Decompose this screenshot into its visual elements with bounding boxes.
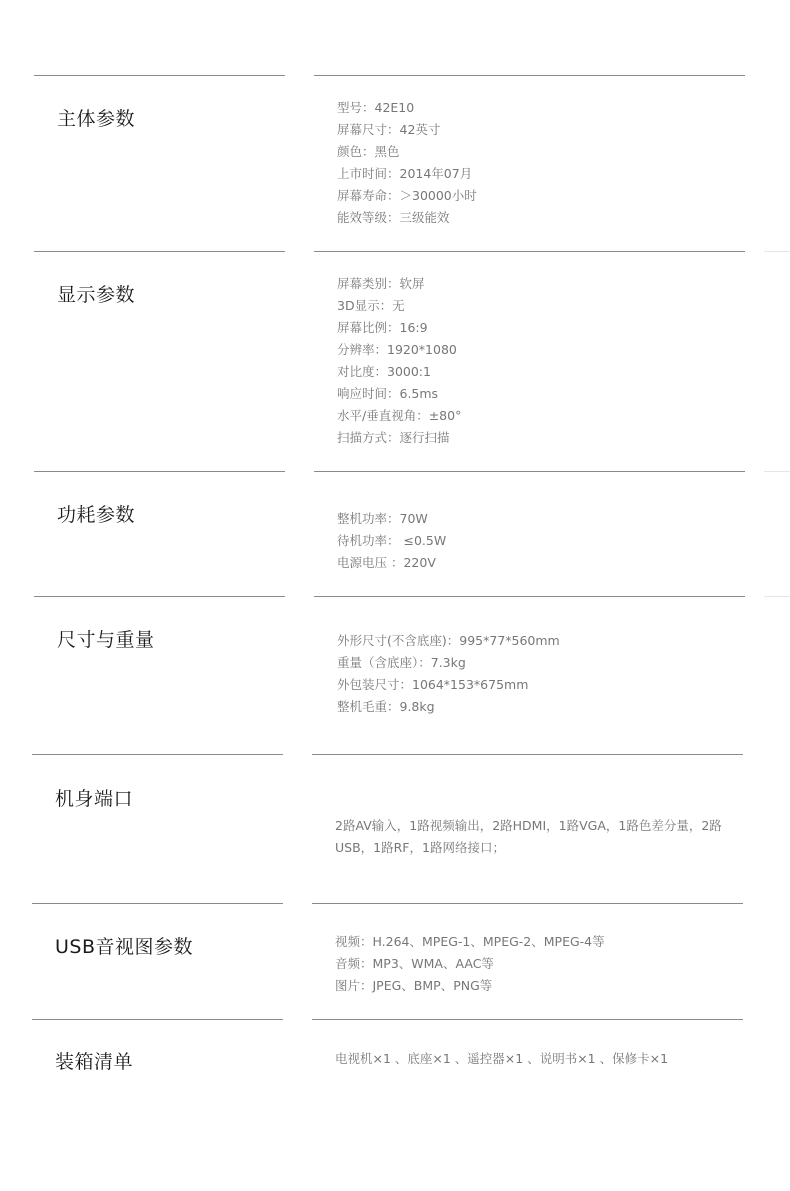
section-specs-size-weight: 外形尺寸(不含底座)：995*77*560mm 重量（含底座）：7.3kg 外包… xyxy=(337,630,560,718)
divider xyxy=(314,596,745,597)
section-title-main-params: 主体参数 xyxy=(57,104,135,131)
section-title-package-list: 装箱清单 xyxy=(55,1047,133,1074)
spec-line: 水平/垂直视角：±80° xyxy=(337,405,461,427)
spec-line: 整机毛重：9.8kg xyxy=(337,696,560,718)
section-specs-package-list: 电视机×1 、底座×1 、遥控器×1 、说明书×1 、保修卡×1 xyxy=(335,1048,668,1070)
spec-line: 重量（含底座）：7.3kg xyxy=(337,652,560,674)
divider xyxy=(34,251,285,252)
spec-line: 颜色：黑色 xyxy=(337,141,477,163)
spec-line: 屏幕尺寸：42英寸 xyxy=(337,119,477,141)
spec-line: 分辨率：1920*1080 xyxy=(337,339,461,361)
spec-line: 图片：JPEG、BMP、PNG等 xyxy=(335,975,605,997)
section-specs-main-params: 型号：42E10 屏幕尺寸：42英寸 颜色：黑色 上市时间：2014年07月 屏… xyxy=(337,97,477,229)
divider xyxy=(314,471,745,472)
spec-line: 电视机×1 、底座×1 、遥控器×1 、说明书×1 、保修卡×1 xyxy=(335,1048,668,1070)
spec-line: 屏幕类别：软屏 xyxy=(337,273,461,295)
section-specs-power-params: 整机功率：70W 待机功率： ≤0.5W 电源电压 ：220V xyxy=(337,508,446,574)
divider xyxy=(764,596,790,597)
divider xyxy=(32,903,283,904)
section-title-power-params: 功耗参数 xyxy=(57,500,135,527)
spec-line: 对比度：3000:1 xyxy=(337,361,461,383)
section-title-display-params: 显示参数 xyxy=(57,280,135,307)
divider xyxy=(34,596,285,597)
spec-line: 电源电压 ：220V xyxy=(337,552,446,574)
spec-line: 外形尺寸(不含底座)：995*77*560mm xyxy=(337,630,560,652)
spec-line: 外包装尺寸：1064*153*675mm xyxy=(337,674,560,696)
divider xyxy=(34,75,285,76)
spec-line: 上市时间：2014年07月 xyxy=(337,163,477,185)
spec-line: 待机功率： ≤0.5W xyxy=(337,530,446,552)
section-title-ports: 机身端口 xyxy=(55,784,133,811)
spec-line: 视频：H.264、MPEG-1、MPEG-2、MPEG-4等 xyxy=(335,931,605,953)
spec-line: 能效等级：三级能效 xyxy=(337,207,477,229)
section-specs-usb-media: 视频：H.264、MPEG-1、MPEG-2、MPEG-4等 音频：MP3、WM… xyxy=(335,931,605,997)
section-specs-ports: 2路AV输入，1路视频输出，2路HDMI，1路VGA，1路色差分量，2路USB，… xyxy=(335,815,743,859)
divider xyxy=(314,75,745,76)
divider xyxy=(312,754,743,755)
spec-line: 3D显示：无 xyxy=(337,295,461,317)
spec-line: 2路AV输入，1路视频输出，2路HDMI，1路VGA，1路色差分量，2路USB，… xyxy=(335,815,743,859)
spec-line: 响应时间：6.5ms xyxy=(337,383,461,405)
divider xyxy=(764,251,790,252)
divider xyxy=(32,754,283,755)
spec-line: 音频：MP3、WMA、AAC等 xyxy=(335,953,605,975)
spec-line: 屏幕寿命：＞30000小时 xyxy=(337,185,477,207)
divider xyxy=(32,1019,283,1020)
spec-line: 型号：42E10 xyxy=(337,97,477,119)
section-title-size-weight: 尺寸与重量 xyxy=(57,625,155,652)
divider xyxy=(314,251,745,252)
divider xyxy=(312,903,743,904)
spec-line: 扫描方式：逐行扫描 xyxy=(337,427,461,449)
spec-line: 整机功率：70W xyxy=(337,508,446,530)
section-title-usb-media: USB音视图参数 xyxy=(55,932,193,959)
spec-line: 屏幕比例：16:9 xyxy=(337,317,461,339)
divider xyxy=(312,1019,743,1020)
divider xyxy=(764,471,790,472)
section-specs-display-params: 屏幕类别：软屏 3D显示：无 屏幕比例：16:9 分辨率：1920*1080 对… xyxy=(337,273,461,449)
divider xyxy=(34,471,285,472)
